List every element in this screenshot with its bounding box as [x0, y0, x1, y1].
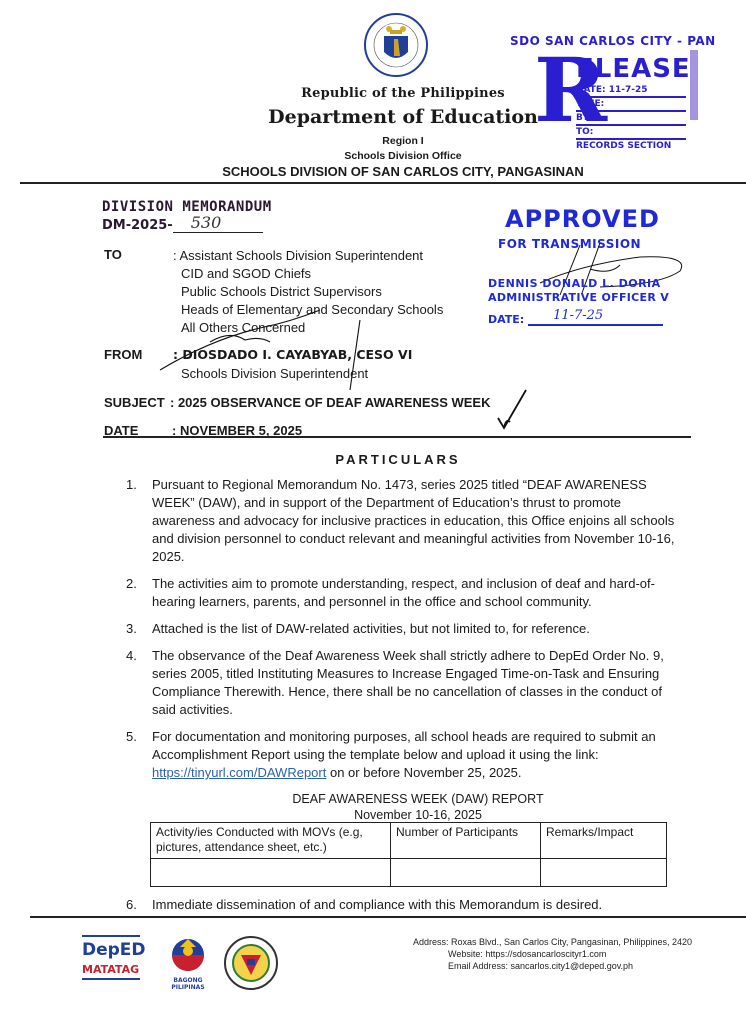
from-label: FROM	[104, 347, 142, 362]
release-stamp-word: ELEASE	[576, 54, 691, 84]
release-field: TO:	[576, 126, 686, 140]
memo-number-blank: 530	[173, 219, 263, 233]
memo-number-prefix: DM-2025-	[102, 218, 173, 233]
paragraph-6: 6.Immediate dissemination of and complia…	[126, 897, 602, 912]
footer-email: Email Address: sancarlos.city1@deped.gov…	[413, 960, 692, 972]
subject-value: : 2025 OBSERVANCE OF DEAF AWARENESS WEEK	[170, 395, 491, 410]
recipient: Public Schools District Supervisors	[173, 283, 443, 301]
subject-label: SUBJECT	[104, 395, 165, 410]
checkmark-icon	[490, 388, 530, 433]
table-header-row: Activity/ies Conducted with MOVs (e.g, p…	[151, 823, 667, 859]
table-row	[151, 859, 667, 887]
column-header: Number of Participants	[391, 823, 541, 859]
approver-name: DENNIS DONALD L. DORIA	[488, 277, 661, 290]
memo-number-handwritten: 530	[191, 213, 222, 232]
memo-number: DM-2025-530	[102, 218, 263, 233]
paragraph-4: 4. The observance of the Deaf Awareness …	[126, 647, 686, 719]
table-cell	[541, 859, 667, 887]
footer-website: Website: https://sdosancarloscityr1.com	[413, 948, 692, 960]
report-title: DEAF AWARENESS WEEK (DAW) REPORT	[90, 791, 746, 807]
bagong-pilipinas-logo: BAGONG PILIPINAS	[158, 935, 218, 985]
footer-address: Address: Roxas Blvd., San Carlos City, P…	[413, 936, 692, 948]
sender-title: Schools Division Superintendent	[181, 366, 368, 381]
release-stamp: SDO SAN CARLOS CITY - PAN R ELEASE DATE:…	[510, 28, 710, 146]
release-field: RECORDS SECTION	[576, 140, 686, 152]
release-stamp-fields: DATE: 11-7-25 TIME: BY: TO: RECORDS SECT…	[576, 84, 686, 152]
particulars-list: 1. Pursuant to Regional Memorandum No. 1…	[126, 476, 686, 791]
approved-stamp: APPROVED FOR TRANSMISSION DENNIS DONALD …	[480, 205, 690, 335]
to-label: TO	[104, 247, 122, 262]
approved-date-value: 11-7-25	[553, 308, 603, 323]
stamp-edge	[690, 50, 698, 120]
deped-seal-icon	[363, 12, 429, 78]
paragraph-1: 1. Pursuant to Regional Memorandum No. 1…	[126, 476, 686, 566]
recipient: : Assistant Schools Division Superintend…	[173, 247, 443, 265]
header-divider	[20, 182, 746, 184]
release-field: DATE: 11-7-25	[576, 84, 686, 98]
particulars-heading: PARTICULARS	[0, 452, 746, 467]
footer-divider	[30, 916, 746, 918]
approver-position: ADMINISTRATIVE OFFICER V	[488, 291, 669, 304]
footer-contact: Address: Roxas Blvd., San Carlos City, P…	[413, 936, 692, 972]
table-cell	[391, 859, 541, 887]
division-heading: SCHOOLS DIVISION OF SAN CARLOS CITY, PAN…	[0, 164, 746, 179]
report-upload-link[interactable]: https://tinyurl.com/DAWReport	[152, 765, 326, 780]
release-field: TIME:	[576, 98, 686, 112]
report-template-table: Activity/ies Conducted with MOVs (e.g, p…	[150, 822, 667, 887]
column-header: Activity/ies Conducted with MOVs (e.g, p…	[151, 823, 391, 859]
paragraph-2: 2. The activities aim to promote underst…	[126, 575, 686, 611]
bagong-pilipinas-icon	[158, 935, 218, 973]
report-period: November 10-16, 2025	[90, 807, 746, 823]
sdo-seal-icon	[223, 935, 279, 991]
approved-title: APPROVED	[505, 205, 660, 233]
recipient: CID and SGOD Chiefs	[173, 265, 443, 283]
sender-name: : DIOSDADO I. CAYABYAB, CESO VI	[173, 347, 412, 362]
table-cell	[151, 859, 391, 887]
memo-type: DIVISION MEMORANDUM	[102, 199, 272, 215]
deped-matatag-logo: DepED MATATAG	[82, 935, 142, 985]
release-field: BY:	[576, 112, 686, 126]
approved-date-label: DATE:	[488, 313, 524, 326]
column-header: Remarks/Impact	[541, 823, 667, 859]
approved-date: DATE: 11-7-25	[488, 313, 663, 326]
paragraph-5: 5. For documentation and monitoring purp…	[126, 728, 686, 782]
sdo-san-carlos-seal	[223, 935, 279, 991]
address-divider	[103, 436, 691, 438]
report-title-block: DEAF AWARENESS WEEK (DAW) REPORT Novembe…	[0, 791, 746, 823]
paragraph-3: 3. Attached is the list of DAW-related a…	[126, 620, 686, 638]
